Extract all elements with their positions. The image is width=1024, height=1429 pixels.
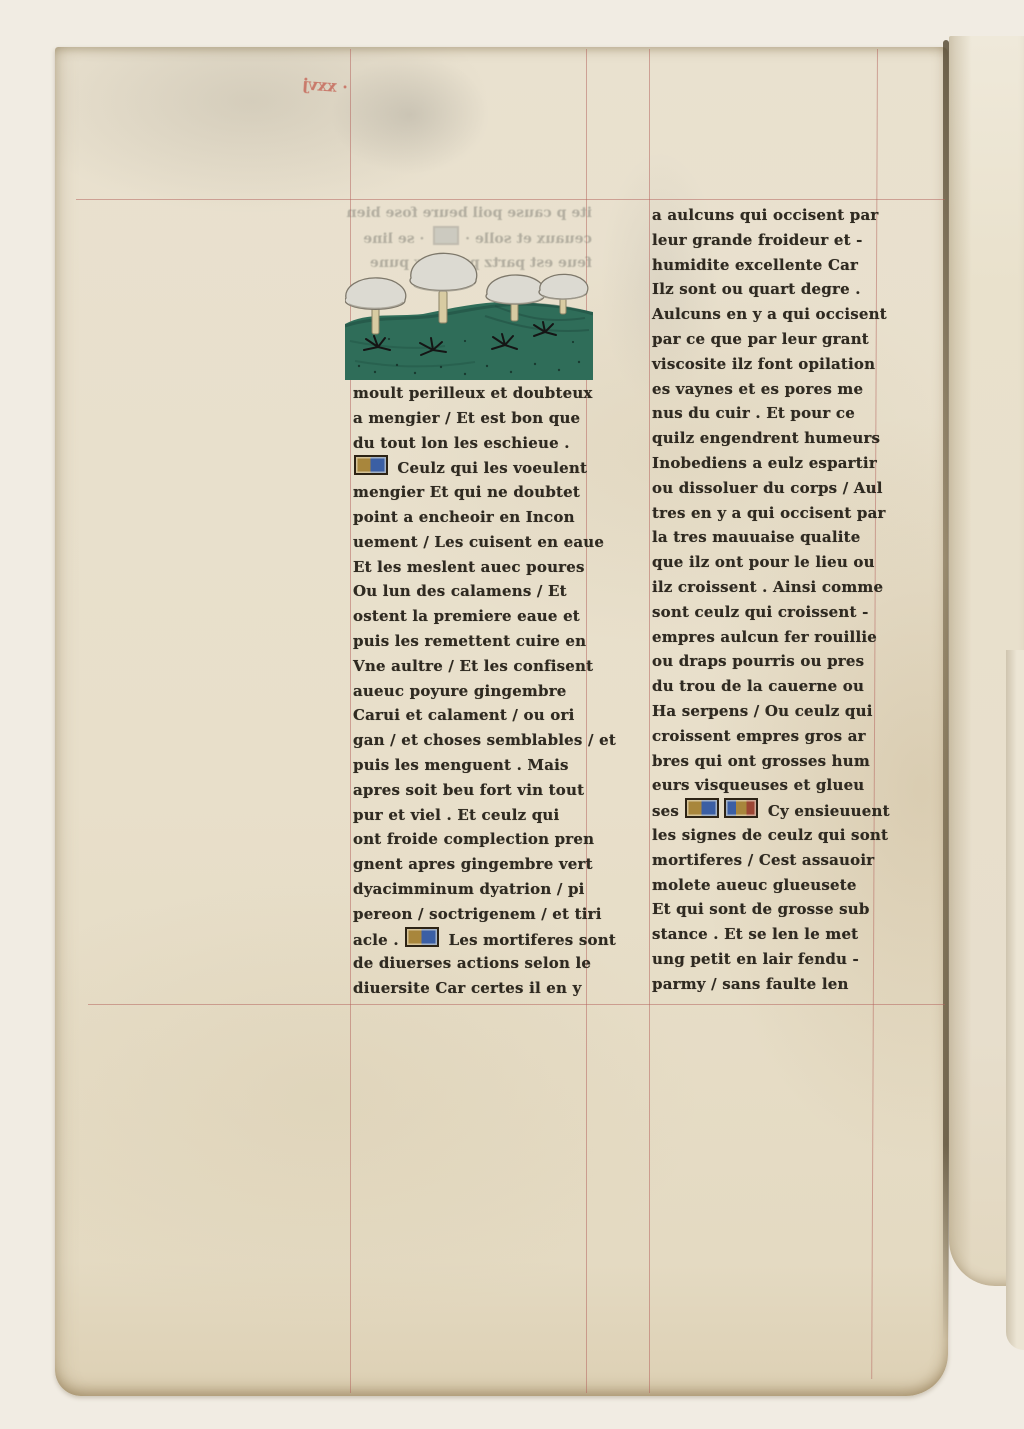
text-line: nus du cuir . Et pour ce xyxy=(652,401,884,426)
text-line: gnent apres gingembre vert xyxy=(353,852,589,877)
text-line: point a encheoir en Incon xyxy=(353,505,589,530)
text-line: par ce que par leur grant xyxy=(652,327,884,352)
text-line: acle . Les mortiferes sont xyxy=(353,927,589,952)
illuminated-paragraph-mark xyxy=(433,226,459,245)
text-line: a mengier / Et est bon que xyxy=(353,406,589,431)
text-line: puis les menguent . Mais xyxy=(353,753,589,778)
text-line: gan / et choses semblables / et xyxy=(353,728,589,753)
ruling-vertical-right-column-left xyxy=(649,49,650,1393)
text-line: de diuerses actions selon le xyxy=(353,951,589,976)
text-line: empres aulcun fer rouillie xyxy=(652,625,884,650)
text-line: eurs visqueuses et glueu xyxy=(652,773,884,798)
text-line: ou dissoluer du corps / Aul xyxy=(652,476,884,501)
text-line: ses Cy ensieuuent xyxy=(652,798,884,823)
text-column-right: a aulcuns qui occisent parleur grande fr… xyxy=(652,203,884,997)
text-line: apres soit beu fort vin tout xyxy=(353,778,589,803)
text-line: Ou lun des calamens / Et xyxy=(353,579,589,604)
text-line: ung petit en lair fendu - xyxy=(652,947,884,972)
text-line: les signes de ceulz qui sont xyxy=(652,823,884,848)
text-line: ilz croissent . Ainsi comme xyxy=(652,575,884,600)
text-line: la tres mauuaise qualite xyxy=(652,525,884,550)
text-line: Et les meslent auec poures xyxy=(353,555,589,580)
text-line: dyacimminum dyatrion / pi xyxy=(353,877,589,902)
lower-leaf-edge xyxy=(1006,650,1024,1350)
text-line: Inobediens a eulz espartir xyxy=(652,451,884,476)
text-line: ite p cause poil beure fose bien xyxy=(352,201,592,226)
text-line: tres en y a qui occisent par xyxy=(652,501,884,526)
text-line: croissent empres gros ar xyxy=(652,724,884,749)
text-line: puis les remettent cuire en xyxy=(353,629,589,654)
ruling-horizontal-bottom xyxy=(88,1004,945,1005)
text-line: Carui et calament / ou ori xyxy=(353,703,589,728)
text-line: Ha serpens / Ou ceulz qui xyxy=(652,699,884,724)
text-line: mengier Et qui ne doubtet xyxy=(353,480,589,505)
text-line: stance . Et se len le met xyxy=(652,922,884,947)
text-line: humidite excellente Car xyxy=(652,253,884,278)
text-line: pereon / soctrigenem / et tiri xyxy=(353,902,589,927)
text-line: quilz engendrent humeurs xyxy=(652,426,884,451)
illuminated-paragraph-mark xyxy=(685,798,719,818)
text-line: que ilz ont pour le lieu ou xyxy=(652,550,884,575)
text-line: du tout lon les eschieue . xyxy=(353,431,589,456)
text-line: ont froide complection pren xyxy=(353,827,589,852)
mushroom-miniature-art xyxy=(345,246,593,380)
mushroom-miniature xyxy=(345,246,593,380)
text-line: es vaynes et es pores me xyxy=(652,377,884,402)
text-line: bres qui ont grosses hum xyxy=(652,749,884,774)
text-line: mortiferes / Cest assauoir xyxy=(652,848,884,873)
text-line: a aulcuns qui occisent par xyxy=(652,203,884,228)
text-column-left: moult perilleux et doubteuxa mengier / E… xyxy=(353,381,589,1001)
text-line: aueuc poyure gingembre xyxy=(353,679,589,704)
text-line: Ceulz qui les voeulent xyxy=(353,455,589,480)
text-line: Aulcuns en y a qui occisent xyxy=(652,302,884,327)
text-line: parmy / sans faulte len xyxy=(652,972,884,997)
text-line: viscosite ilz font opilation xyxy=(652,352,884,377)
text-line: Ilz sont ou quart degre . xyxy=(652,277,884,302)
text-line: pur et viel . Et ceulz qui xyxy=(353,803,589,828)
text-line: uement / Les cuisent en eaue xyxy=(353,530,589,555)
manuscript-photo: · xxvj ite p cause poil beure fose bienc… xyxy=(0,0,1024,1429)
text-line: Et qui sont de grosse sub xyxy=(652,897,884,922)
text-line: ou draps pourris ou pres xyxy=(652,649,884,674)
text-line: molete aueuc glueusete xyxy=(652,873,884,898)
ruling-horizontal-top xyxy=(76,199,945,200)
text-line: sont ceulz qui croissent - xyxy=(652,600,884,625)
illuminated-paragraph-mark xyxy=(724,798,758,818)
text-line: Vne aultre / Et les confisent xyxy=(353,654,589,679)
illuminated-paragraph-mark xyxy=(354,455,388,475)
illuminated-paragraph-mark xyxy=(405,927,439,947)
text-line: diuersite Car certes il en y xyxy=(353,976,589,1001)
text-line: leur grande froideur et - xyxy=(652,228,884,253)
text-line: moult perilleux et doubteux xyxy=(353,381,589,406)
text-line: ostent la premiere eaue et xyxy=(353,604,589,629)
text-line: du trou de la cauerne ou xyxy=(652,674,884,699)
